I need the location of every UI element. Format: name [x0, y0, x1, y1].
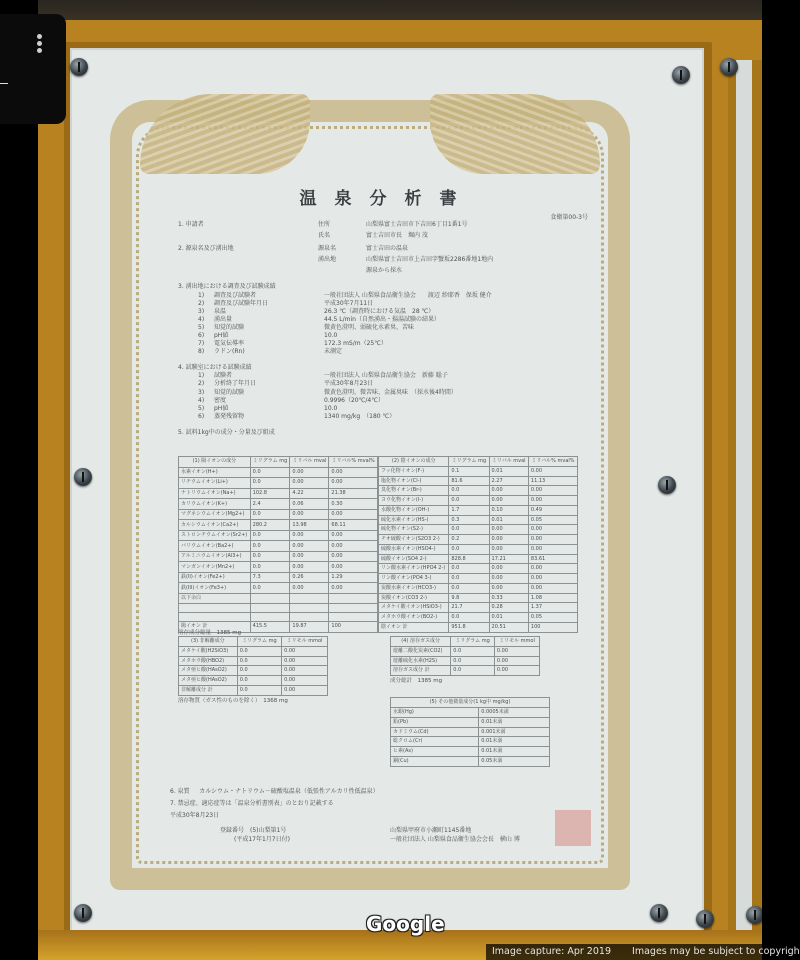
viewport-edge [762, 0, 800, 944]
table-row: 遊離二酸化炭素(CO2)0.00.00 [391, 646, 540, 656]
table-row: ヒ素(As)0.01未満 [391, 747, 550, 757]
composition-label: 5. 試料1kg中の成分・分量及び組成 [178, 429, 578, 437]
table-row: カドミウム(Cd)0.001未満 [391, 727, 550, 737]
survey-item: 6)蒸発残留物1340 mg/kg （180 ℃） [178, 413, 578, 421]
table-row: カルシウムイオン(Ca2+)280.213.9868.11 [179, 520, 378, 531]
registration-number: 登録番号 (5)山梨第1号 [220, 825, 390, 834]
table-row: ナトリウムイオン(Na+)102.84.2221.38 [179, 488, 378, 499]
table-row: 水素イオン(H+)0.00.000.00 [179, 467, 378, 478]
table-row: マンガンイオン(Mn2+)0.00.000.00 [179, 562, 378, 573]
wall [38, 0, 762, 22]
issuer-name: 一般社団法人 山梨県食品衛生協会会長 横山 博 [390, 834, 520, 843]
table-row: リン酸水素イオン(HPO4 2-)0.00.000.00 [379, 564, 578, 574]
table-row: 遊離硫化水素(H2S)0.00.00 [391, 656, 540, 666]
survey-item: 5)知覚的試験微黄色澄明、弱硫化水素臭、苦味 [178, 324, 578, 332]
copyright-notice[interactable]: Images may be subject to copyright. [632, 946, 800, 957]
survey-item: 8)ラドン(Rn)未測定 [178, 348, 578, 356]
screw-icon [696, 910, 714, 928]
gas-table: (4) 溶存ガス成分ミリグラム mgミリモル mmol遊離二酸化炭素(CO2)0… [390, 636, 540, 676]
survey-item: 1)調査及び試験者一般社団法人 山梨県食品衛生協会 渡辺 紗耶香 保坂 健介 [178, 292, 578, 300]
table-row: 総クロム(Cr)0.01未満 [391, 737, 550, 747]
site-survey-label: 3. 湧出地における調査及び試験成績 [178, 283, 578, 291]
survey-item: 2)調査及び試験年月日平成30年7月11日 [178, 300, 578, 308]
screw-icon [74, 468, 92, 486]
classification: カルシウム・ナトリウム－硫酸塩温泉（低張性アルカリ性低温泉） [199, 788, 379, 795]
table-row: 鉄(III)イオン(Fe3+)0.00.000.00 [179, 583, 378, 594]
screw-icon [672, 66, 690, 84]
name-label: 氏名 [318, 232, 366, 240]
source-note: 源泉から採水 [366, 267, 402, 275]
table-row: カリウムイオン(K+)2.40.060.30 [179, 499, 378, 510]
table-row [179, 613, 378, 622]
table-row: 硫酸水素イオン(HSO4-)0.00.000.00 [379, 544, 578, 554]
table-row: リン酸イオン(PO4 3-)0.00.000.00 [379, 574, 578, 584]
table-row: 銅(Cu)0.05未満 [391, 756, 550, 766]
location-label: 湧出地 [318, 256, 366, 264]
survey-item: 7)電気伝導率172.3 mS/m（25℃） [178, 340, 578, 348]
table-row: 炭酸水素イオン(HCO3-)0.00.000.00 [379, 583, 578, 593]
adjacent-glass [736, 60, 752, 960]
screw-icon [746, 906, 762, 924]
table-row: 鉛(Pb)0.01未満 [391, 717, 550, 727]
certificate-footer: 6. 泉質 カルシウム・ナトリウム－硫酸塩温泉（低張性アルカリ性低温泉） 7. … [170, 786, 590, 843]
certificate-body: 温泉分析書 食衛第00-3号 1. 申請者 住所 山梨県富士吉田市下吉田6丁目1… [178, 188, 578, 437]
table-row: メタホウ酸イオン(BO2-)0.00.010.05 [379, 613, 578, 623]
component-total: 成分総計 1385 mg [390, 678, 550, 685]
table-row: 塩化物イオン(Cl-)81.62.2711.13 [379, 476, 578, 486]
dissolved-matter-total: 溶存物質（ガス性のものを除く） 1368 mg [178, 698, 328, 705]
official-seal [555, 810, 591, 846]
applicant-label: 1. 申請者 [178, 221, 318, 229]
side-panel-tab [0, 14, 66, 124]
screw-icon [74, 904, 92, 922]
table-row: チオ硫酸イオン(S2O3 2-)0.20.000.00 [379, 535, 578, 545]
table-row: メタケイ酸イオン(HSiO3-)21.70.281.37 [379, 603, 578, 613]
cation-table: (1) 陽イオンの成分ミリグラム mgミリバル mvalミリバル% mval%水… [178, 456, 378, 633]
table-row: 水酸化物イオン(OH-)1.70.100.49 [379, 505, 578, 515]
table-row: リチウムイオン(Li+)0.00.000.00 [179, 478, 378, 489]
address-label: 住所 [318, 221, 366, 229]
table-row: 鉄(II)イオン(Fe2+)7.30.261.29 [179, 572, 378, 583]
table-row: 炭酸イオン(CO3 2-)9.80.331.08 [379, 593, 578, 603]
table-row: ヨウ化物イオン(I-)0.00.000.00 [379, 496, 578, 506]
screw-icon [720, 58, 738, 76]
site-survey-section: 3. 湧出地における調査及び試験成績 1)調査及び試験者一般社団法人 山梨県食品… [178, 283, 578, 356]
hot-spring-analysis-certificate: 温泉分析書 食衛第00-3号 1. 申請者 住所 山梨県富士吉田市下吉田6丁目1… [110, 100, 630, 890]
anion-table: (2) 陰イオンの成分ミリグラム mgミリバル mvalミリバル% mval%フ… [378, 456, 578, 633]
divider [0, 83, 8, 84]
table-row: 硫化水素イオン(HS-)0.30.010.05 [379, 515, 578, 525]
survey-item: 5)pH値10.0 [178, 405, 578, 413]
applicant-address: 山梨県富士吉田市下吉田6丁目1番1号 [366, 221, 467, 229]
table-row: 臭化物イオン(Br-)0.00.000.00 [379, 486, 578, 496]
document-number: 食衛第00-3号 [550, 214, 588, 222]
issuer-address: 山梨県甲府市小瀬町1145番地 [390, 825, 520, 834]
table-row: 硫化物イオン(S2-)0.00.000.00 [379, 525, 578, 535]
table-row: フッ化物イオン(F-)0.10.010.00 [379, 466, 578, 476]
lab-test-section: 4. 試験室における試験成績 1)試験者一般社団法人 山梨県食品衛生協会 新藤 … [178, 364, 578, 421]
table-row: 硫酸イオン(SO4 2-)828.817.2183.61 [379, 554, 578, 564]
screw-icon [658, 476, 676, 494]
image-capture-date: Image capture: Apr 2019 [492, 946, 611, 957]
survey-item: 6)pH値10.0 [178, 332, 578, 340]
google-logo: Google [366, 912, 445, 936]
table-row: メタ亜ヒ酸(HAsO2)0.00.00 [179, 676, 328, 686]
trace-table: (5) その他微量成分(1 kg中 mg/kg)水銀(Hg)0.0005未満鉛(… [390, 697, 550, 766]
table-row: メタホウ酸(HBO2)0.00.00 [179, 656, 328, 666]
table-row: 非解離成分 計0.00.00 [179, 685, 328, 695]
survey-item: 4)湧出量44.5 L/min（自然湧出・揚湯試験の結果） [178, 316, 578, 324]
source-label: 2. 源泉名及び湧出地 [178, 245, 318, 253]
source-location: 山梨県富士吉田市上吉田字蟹坂2286番地1地内 [366, 256, 493, 264]
survey-item: 3)泉温26.3 ℃（調査時における気温 28 ℃） [178, 308, 578, 316]
table-row: 溶存ガス成分 計0.00.00 [391, 666, 540, 676]
table-row: ストロンチウムイオン(Sr2+)0.00.000.00 [179, 530, 378, 541]
more-vert-icon[interactable] [36, 34, 44, 55]
source-name: 富士吉田の温泉 [366, 245, 408, 253]
survey-item: 2)分析終了年月日平成30年8月23日 [178, 380, 578, 388]
contraindication-note: 7. 禁忌症、適応症等は「温泉分析書別表」のとおり記載する [170, 798, 590, 807]
certificate-title: 温泉分析書 [196, 188, 578, 211]
table-row: アルミニウムイオン(Al3+)0.00.000.00 [179, 551, 378, 562]
classification-label: 6. 泉質 [170, 788, 190, 795]
issue-date: 平成30年8月23日 [170, 810, 590, 819]
registration-date: (平成17年1月7日付) [220, 834, 390, 843]
survey-item: 4)密度0.9996（20℃/4℃） [178, 397, 578, 405]
survey-item: 3)知覚的試験微黄色澄明、微苦味、金属臭味 （採水後4時間） [178, 389, 578, 397]
table-row: バリウムイオン(Ba2+)0.00.000.00 [179, 541, 378, 552]
applicant-name: 富士吉田市長 堀内 茂 [366, 232, 428, 240]
table-row [179, 604, 378, 613]
table-row: メタ亜ヒ酸(HAsO2)0.00.00 [179, 666, 328, 676]
screw-icon [650, 904, 668, 922]
table-row: メタケイ酸(H2SiO3)0.00.00 [179, 646, 328, 656]
ion-tables: (1) 陽イオンの成分ミリグラム mgミリバル mvalミリバル% mval%水… [178, 456, 578, 633]
table-row: 以下余白 [179, 593, 378, 604]
secondary-tables: (3) 非解離成分ミリグラム mgミリモル mmolメタケイ酸(H2SiO3)0… [178, 636, 550, 767]
table-row: 水銀(Hg)0.0005未満 [391, 708, 550, 718]
screw-icon [70, 58, 88, 76]
table-row: 陰イオン 計951.820.51100 [379, 622, 578, 632]
street-view-panorama[interactable]: 温泉分析書 食衛第00-3号 1. 申請者 住所 山梨県富士吉田市下吉田6丁目1… [38, 0, 762, 960]
adjacent-panel [728, 60, 762, 960]
table-row: マグネシウムイオン(Mg2+)0.00.000.00 [179, 509, 378, 520]
undissociated-table: (3) 非解離成分ミリグラム mgミリモル mmolメタケイ酸(H2SiO3)0… [178, 636, 328, 696]
attribution-bar: Image capture: Apr 2019 Images may be su… [486, 944, 800, 960]
source-name-label: 源泉名 [318, 245, 366, 253]
